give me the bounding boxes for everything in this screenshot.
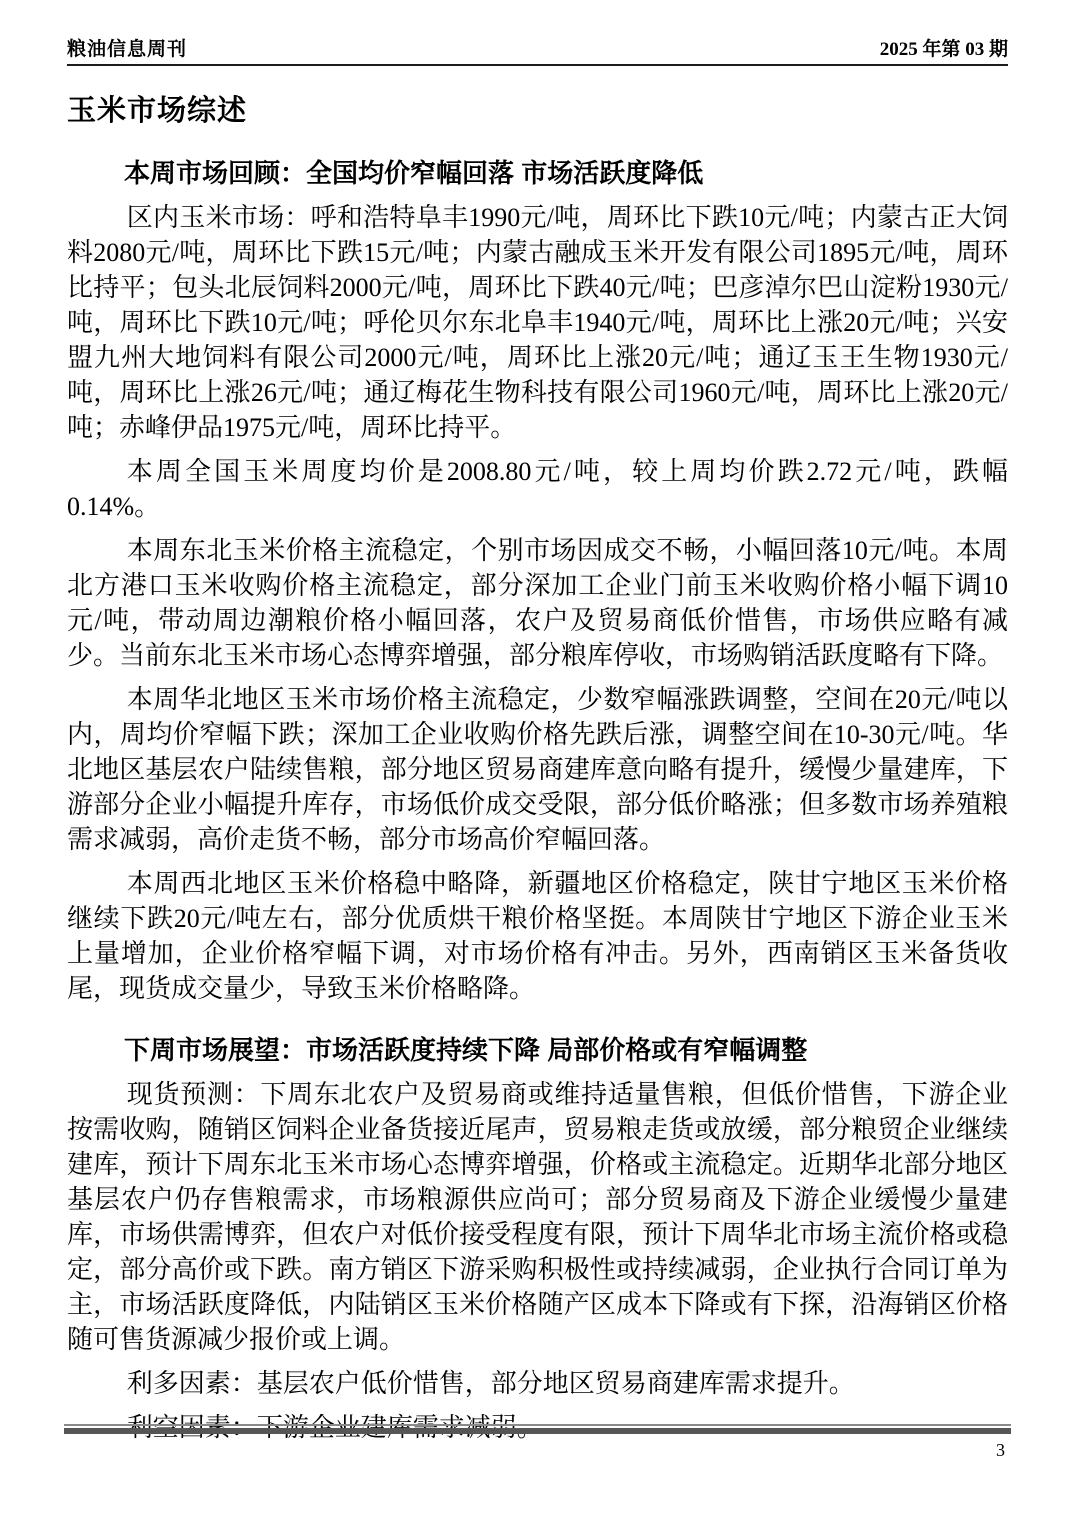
paragraph-bullish-factors: 利多因素：基层农户低价惜售，部分地区贸易商建库需求提升。 [67, 1366, 1008, 1401]
issue-label: 2025 年第 03 期 [880, 34, 1008, 61]
page-footer: 3 [64, 1424, 1011, 1461]
document-title: 玉米市场综述 [67, 88, 1008, 129]
paragraph-northeast-market: 本周东北玉米价格主流稳定，个别市场因成交不畅，小幅回落10元/吨。本周北方港口玉… [67, 533, 1008, 673]
journal-title: 粮油信息周刊 [67, 34, 187, 61]
paragraph-northwest-market: 本周西北地区玉米价格稳中略降，新疆地区价格稳定，陕甘宁地区玉米价格继续下跌20元… [67, 866, 1008, 1006]
page-number: 3 [64, 1440, 1011, 1461]
paragraph-regional-prices: 区内玉米市场：呼和浩特阜丰1990元/吨，周环比下跌10元/吨；内蒙古正大饲料2… [67, 200, 1008, 445]
footer-divider [64, 1424, 1011, 1434]
document-page: 粮油信息周刊 2025 年第 03 期 玉米市场综述 本周市场回顾：全国均价窄幅… [0, 0, 1075, 1445]
paragraph-north-china-market: 本周华北地区玉米市场价格主流稳定，少数窄幅涨跌调整，空间在20元/吨以内，周均价… [67, 682, 1008, 857]
section-heading-week-review: 本周市场回顾：全国均价窄幅回落 市场活跃度降低 [67, 153, 1008, 190]
running-header: 粮油信息周刊 2025 年第 03 期 [67, 34, 1008, 66]
paragraph-national-average: 本周全国玉米周度均价是2008.80元/吨，较上周均价跌2.72元/吨，跌幅0.… [67, 454, 1008, 524]
section-heading-next-week-outlook: 下周市场展望：市场活跃度持续下降 局部价格或有窄幅调整 [67, 1030, 1008, 1067]
paragraph-spot-forecast: 现货预测：下周东北农户及贸易商或维持适量售粮，但低价惜售，下游企业按需收购，随销… [67, 1077, 1008, 1357]
